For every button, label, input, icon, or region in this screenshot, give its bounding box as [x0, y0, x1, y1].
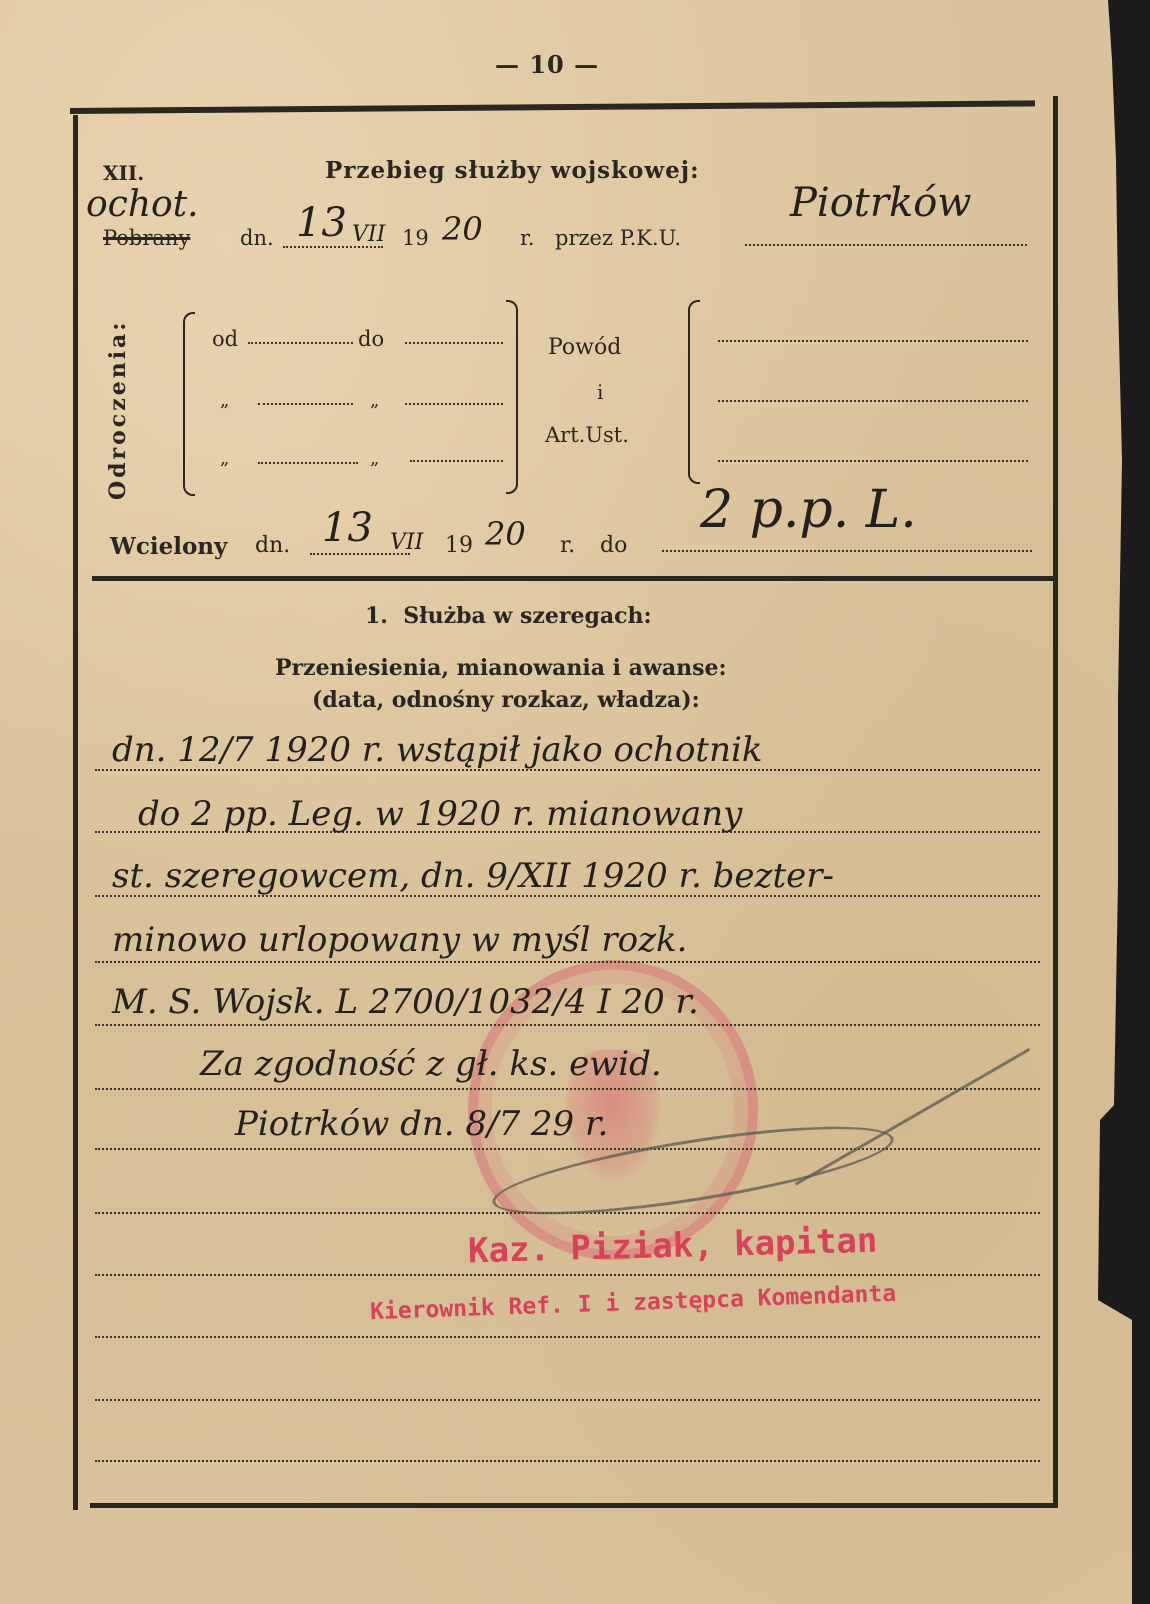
- enlistment-pku-label: przez P.K.U.: [555, 226, 681, 250]
- deferments-left-brace: [183, 312, 195, 496]
- service-line-10: [95, 1336, 1040, 1338]
- incorporation-month: VII: [390, 530, 423, 555]
- service-line-11: [95, 1399, 1040, 1401]
- incorporation-year-prefix: 19: [445, 533, 473, 558]
- deferment-row2-ditto-do: „: [370, 390, 379, 411]
- reason-line-3: [718, 460, 1028, 462]
- reason-label-i: i: [597, 380, 603, 404]
- incorporation-unit-dots: [662, 550, 1032, 552]
- reason-right-brace: [688, 300, 700, 484]
- deferment-row1-do: do: [358, 327, 384, 351]
- service-subheading-1: Przeniesienia, mianowania i awanse:: [275, 655, 727, 681]
- incorporation-unit-value: 2 p.p. L.: [700, 480, 917, 540]
- service-line-4: [95, 961, 1040, 963]
- deferment-row2-ditto-od: „: [220, 390, 229, 411]
- reason-line-2: [718, 400, 1028, 402]
- enlistment-dn-label: dn.: [240, 226, 274, 250]
- service-heading: 1. Służba w szeregach:: [365, 603, 652, 629]
- incorporation-year-suffix: 20: [485, 515, 526, 553]
- incorporation-dn-label: dn.: [255, 533, 290, 558]
- deferment-row2-od-dots: [258, 403, 353, 405]
- incorporation-day: 13: [322, 505, 373, 551]
- frame-top-rule: [70, 100, 1035, 114]
- stamp-title-line: Kierownik Ref. I i zastępca Komendanta: [370, 1281, 897, 1325]
- struck-label-pobrany: Pobrany: [103, 226, 190, 250]
- enlistment-year-prefix: 19: [402, 226, 429, 250]
- incorporation-do-label: do: [600, 533, 627, 558]
- frame-right-rule: [1053, 96, 1058, 1506]
- enlistment-pku-value: Piotrków: [790, 180, 972, 226]
- enlistment-divider: [78, 264, 80, 266]
- deferment-row2-do-dots: [405, 403, 503, 405]
- section-title: Przebieg służby wojskowej:: [325, 157, 700, 184]
- enlistment-year-suffix: 20: [442, 210, 483, 248]
- frame-left-rule: [73, 115, 78, 1510]
- incorporation-label: Wcielony: [110, 533, 227, 560]
- service-line-12: [95, 1460, 1040, 1462]
- service-subheading-2: (data, odnośny rozkaz, władza):: [312, 687, 700, 713]
- incorporation-r-label: r.: [560, 533, 575, 558]
- section-divider: [92, 576, 1054, 581]
- handwritten-line-7: Piotrków dn. 8/7 29 r.: [235, 1104, 608, 1144]
- handwritten-line-3: st. szeregowcem, dn. 9/XII 1920 r. bezte…: [112, 856, 834, 896]
- reason-label-powod: Powód: [548, 335, 621, 360]
- deferment-row1-od: od: [212, 327, 238, 351]
- service-line-9: [95, 1274, 1040, 1276]
- handwritten-line-1: dn. 12/7 1920 r. wstąpił jako ochotnik: [112, 730, 762, 770]
- reason-label-artust: Art.Ust.: [545, 423, 629, 447]
- section-number: XII.: [103, 161, 144, 185]
- reason-line-1: [718, 340, 1028, 342]
- service-line-5: [95, 1024, 1040, 1026]
- handwritten-line-6: Za zgodność z gł. ks. ewid.: [200, 1044, 662, 1084]
- handwritten-ochot: ochot.: [86, 184, 199, 225]
- enlistment-r-label: r.: [520, 226, 534, 250]
- service-line-7: [95, 1148, 1040, 1150]
- enlistment-pku-dots: [745, 244, 1027, 246]
- handwritten-line-5: M. S. Wojsk. L 2700/1032/4 I 20 r.: [112, 982, 699, 1022]
- deferments-label: Odroczenia:: [105, 320, 131, 500]
- deferment-row1-do-dots: [405, 342, 503, 344]
- enlistment-day: 13: [296, 200, 347, 246]
- deferment-row3-od-dots: [258, 462, 358, 464]
- enlistment-month: VII: [352, 222, 385, 247]
- deferment-row3-do-dots: [410, 460, 503, 462]
- deferment-row1-od-dots: [248, 342, 353, 344]
- handwritten-line-4: minowo urlopowany w myśl rozk.: [112, 920, 687, 960]
- deferment-row3-ditto-od: „: [220, 448, 229, 469]
- deferments-middle-brace: [506, 300, 518, 494]
- deferment-row3-ditto-do: „: [370, 448, 379, 469]
- page-number: — 10 —: [495, 50, 599, 79]
- frame-bottom-rule: [90, 1503, 1058, 1508]
- document-page: — 10 — XII. Przebieg służby wojskowej: o…: [0, 0, 1132, 1604]
- handwritten-line-2: do 2 pp. Leg. w 1920 r. mianowany: [138, 794, 742, 834]
- signature-tail: [760, 987, 1030, 1185]
